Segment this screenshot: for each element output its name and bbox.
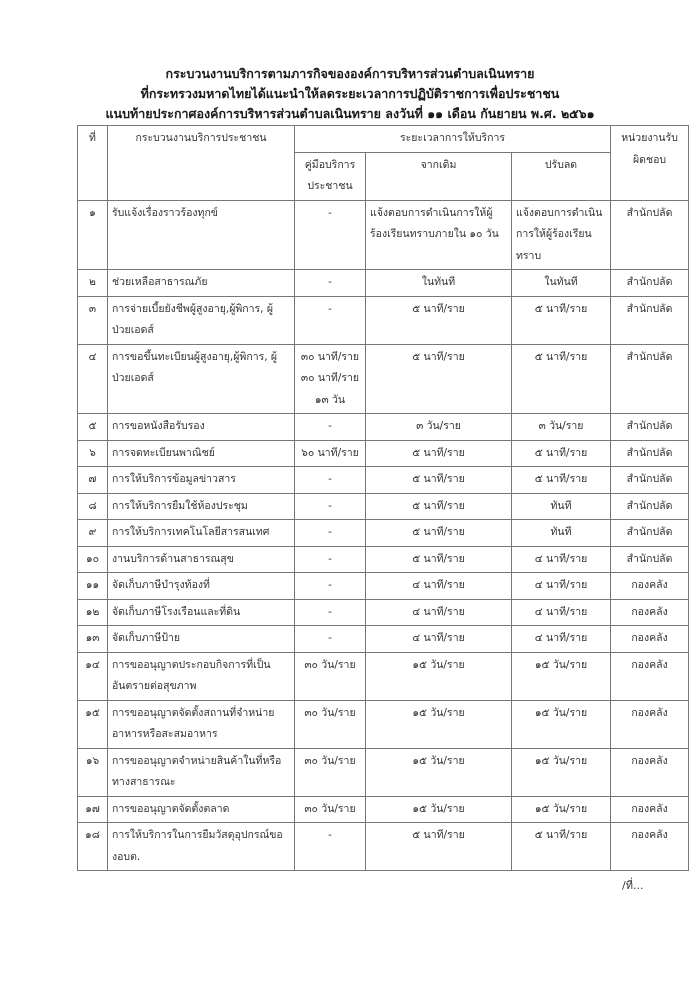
cell-process: จัดเก็บภาษีป้าย <box>108 626 295 653</box>
cell-manual: ๓๐ วัน/ราย <box>295 796 366 823</box>
cell-process: การขออนุญาตจำหน่ายสินค้าในที่หรือทางสาธา… <box>108 748 295 796</box>
cell-unit: สำนักปลัด <box>611 200 689 270</box>
cell-process: ช่วยเหลือสาธารณภัย <box>108 270 295 297</box>
cell-process: การขออนุญาตจัดตั้งสถานที่จำหน่ายอาหารหรื… <box>108 700 295 748</box>
cell-original: ๔ นาที/ราย <box>366 626 512 653</box>
cell-original: ๕ นาที/ราย <box>366 493 512 520</box>
cell-reduced: ๕ นาที/ราย <box>512 296 611 344</box>
cell-num: ๔ <box>78 344 108 414</box>
cell-reduced: ทันที <box>512 493 611 520</box>
cell-num: ๖ <box>78 440 108 467</box>
cell-unit: สำนักปลัด <box>611 467 689 494</box>
table-row: ๔การขอขึ้นทะเบียนผู้สูงอายุ,ผู้พิการ, ผู… <box>78 344 689 414</box>
cell-reduced: ๑๕ วัน/ราย <box>512 652 611 700</box>
cell-manual: ๓๐ วัน/ราย <box>295 700 366 748</box>
cell-reduced: ๕ นาที/ราย <box>512 344 611 414</box>
cell-num: ๑๗ <box>78 796 108 823</box>
cell-num: ๘ <box>78 493 108 520</box>
cell-unit: สำนักปลัด <box>611 344 689 414</box>
cell-manual: - <box>295 296 366 344</box>
cell-reduced: ในทันที <box>512 270 611 297</box>
cell-manual: ๓๐ วัน/ราย <box>295 652 366 700</box>
cell-manual: - <box>295 414 366 441</box>
cell-process: การขอขึ้นทะเบียนผู้สูงอายุ,ผู้พิการ, ผู้… <box>108 344 295 414</box>
cell-original: ๑๕ วัน/ราย <box>366 748 512 796</box>
cell-num: ๑๐ <box>78 546 108 573</box>
cell-num: ๙ <box>78 520 108 547</box>
cell-num: ๑ <box>78 200 108 270</box>
cell-unit: สำนักปลัด <box>611 493 689 520</box>
cell-manual: - <box>295 200 366 270</box>
cell-manual: - <box>295 626 366 653</box>
table-row: ๑๔การขออนุญาตประกอบกิจการที่เป็นอันตรายต… <box>78 652 689 700</box>
table-row: ๖การจดทะเบียนพาณิชย์๖๐ นาที/ราย๕ นาที/รา… <box>78 440 689 467</box>
cell-manual: - <box>295 520 366 547</box>
table-row: ๕การขอหนังสือรับรอง-๓ วัน/ราย๓ วัน/รายสำ… <box>78 414 689 441</box>
header-original: จากเดิม <box>366 152 512 200</box>
table-row: ๑๗การขออนุญาตจัดตั้งตลาด๓๐ วัน/ราย๑๕ วัน… <box>78 796 689 823</box>
cell-num: ๑๕ <box>78 700 108 748</box>
cell-process: การให้บริการในการยืมวัสดุอุปกรณ์ของอบต. <box>108 823 295 871</box>
cell-original: ในทันที <box>366 270 512 297</box>
cell-original: ๑๕ วัน/ราย <box>366 652 512 700</box>
cell-unit: กองคลัง <box>611 573 689 600</box>
cell-reduced: ๕ นาที/ราย <box>512 823 611 871</box>
cell-process: การให้บริการเทคโนโลยีสารสนเทศ <box>108 520 295 547</box>
header-unit: หน่วยงานรับผิดชอบ <box>611 126 689 201</box>
cell-manual: ๓๐ นาที/ราย ๓๐ นาที/ราย ๑๓ วัน <box>295 344 366 414</box>
cell-unit: กองคลัง <box>611 823 689 871</box>
cell-reduced: ๔ นาที/ราย <box>512 546 611 573</box>
cell-num: ๑๓ <box>78 626 108 653</box>
table-row: ๑รับแจ้งเรื่องราวร้องทุกข์-แจ้งตอบการดำเ… <box>78 200 689 270</box>
cell-manual: - <box>295 546 366 573</box>
cell-manual: ๓๐ วัน/ราย <box>295 748 366 796</box>
cell-process: การขออนุญาตประกอบกิจการที่เป็นอันตรายต่อ… <box>108 652 295 700</box>
cell-original: ๕ นาที/ราย <box>366 344 512 414</box>
cell-process: การให้บริการยืมใช้ห้องประชุม <box>108 493 295 520</box>
cell-original: ๕ นาที/ราย <box>366 546 512 573</box>
cell-process: การขออนุญาตจัดตั้งตลาด <box>108 796 295 823</box>
cell-process: จัดเก็บภาษีโรงเรือนและที่ดิน <box>108 599 295 626</box>
table-row: ๑๓จัดเก็บภาษีป้าย-๔ นาที/ราย๔ นาที/รายกอ… <box>78 626 689 653</box>
table-body: ๑รับแจ้งเรื่องราวร้องทุกข์-แจ้งตอบการดำเ… <box>78 200 689 871</box>
cell-manual: - <box>295 270 366 297</box>
cell-reduced: ๕ นาที/ราย <box>512 440 611 467</box>
cell-manual: ๖๐ นาที/ราย <box>295 440 366 467</box>
cell-num: ๑๘ <box>78 823 108 871</box>
cell-reduced: ๑๕ วัน/ราย <box>512 748 611 796</box>
cell-manual: - <box>295 493 366 520</box>
service-duration-table: ที่ กระบวนงานบริการประชาชน ระยะเวลาการให… <box>77 125 689 871</box>
document-title-line-3: แนบท้ายประกาศองค์การบริหารส่วนตำบลเนินทร… <box>0 104 700 124</box>
header-manual: คู่มือบริการประชาชน <box>295 152 366 200</box>
cell-process: การให้บริการข้อมูลข่าวสาร <box>108 467 295 494</box>
cell-process: รับแจ้งเรื่องราวร้องทุกข์ <box>108 200 295 270</box>
cell-reduced: แจ้งตอบการดำเนินการให้ผู้ร้องเรียนทราบ <box>512 200 611 270</box>
cell-unit: กองคลัง <box>611 652 689 700</box>
cell-process: การขอหนังสือรับรอง <box>108 414 295 441</box>
table-row: ๓การจ่ายเบี้ยยังชีพผู้สูงอายุ,ผู้พิการ, … <box>78 296 689 344</box>
table-row: ๑๐งานบริการด้านสาธารณสุข-๕ นาที/ราย๔ นาท… <box>78 546 689 573</box>
cell-num: ๕ <box>78 414 108 441</box>
header-duration-group: ระยะเวลาการให้บริการ <box>295 126 611 153</box>
cell-manual: - <box>295 573 366 600</box>
cell-original: ๔ นาที/ราย <box>366 599 512 626</box>
table-row: ๒ช่วยเหลือสาธารณภัย-ในทันทีในทันทีสำนักป… <box>78 270 689 297</box>
cell-original: แจ้งตอบการดำเนินการให้ผู้ร้องเรียนทราบภา… <box>366 200 512 270</box>
table-row: ๙การให้บริการเทคโนโลยีสารสนเทศ-๕ นาที/รา… <box>78 520 689 547</box>
table-row: ๑๑จัดเก็บภาษีบำรุงท้องที่-๔ นาที/ราย๔ นา… <box>78 573 689 600</box>
cell-unit: กองคลัง <box>611 599 689 626</box>
cell-original: ๓ วัน/ราย <box>366 414 512 441</box>
cell-reduced: ทันที <box>512 520 611 547</box>
cell-unit: สำนักปลัด <box>611 546 689 573</box>
cell-unit: กองคลัง <box>611 748 689 796</box>
table-row: ๑๖การขออนุญาตจำหน่ายสินค้าในที่หรือทางสา… <box>78 748 689 796</box>
cell-num: ๓ <box>78 296 108 344</box>
header-reduced: ปรับลด <box>512 152 611 200</box>
cell-process: การจ่ายเบี้ยยังชีพผู้สูงอายุ,ผู้พิการ, ผ… <box>108 296 295 344</box>
cell-unit: สำนักปลัด <box>611 296 689 344</box>
table-row: ๑๘การให้บริการในการยืมวัสดุอุปกรณ์ของอบต… <box>78 823 689 871</box>
cell-num: ๒ <box>78 270 108 297</box>
cell-reduced: ๔ นาที/ราย <box>512 599 611 626</box>
cell-process: จัดเก็บภาษีบำรุงท้องที่ <box>108 573 295 600</box>
cell-original: ๕ นาที/ราย <box>366 520 512 547</box>
document-title-line-2: ที่กระทรวงมหาดไทยได้แนะนำให้ลดระยะเวลากา… <box>0 84 700 104</box>
cell-process: การจดทะเบียนพาณิชย์ <box>108 440 295 467</box>
cell-original: ๕ นาที/ราย <box>366 440 512 467</box>
cell-original: ๑๕ วัน/ราย <box>366 700 512 748</box>
cell-reduced: ๓ วัน/ราย <box>512 414 611 441</box>
table-row: ๘การให้บริการยืมใช้ห้องประชุม-๕ นาที/ราย… <box>78 493 689 520</box>
cell-num: ๑๑ <box>78 573 108 600</box>
cell-num: ๑๔ <box>78 652 108 700</box>
cell-num: ๑๒ <box>78 599 108 626</box>
page-continuation: /ที่... <box>622 876 643 894</box>
header-num: ที่ <box>78 126 108 201</box>
cell-manual: - <box>295 467 366 494</box>
cell-unit: กองคลัง <box>611 796 689 823</box>
cell-reduced: ๑๕ วัน/ราย <box>512 700 611 748</box>
cell-original: ๕ นาที/ราย <box>366 296 512 344</box>
table-row: ๑๒จัดเก็บภาษีโรงเรือนและที่ดิน-๔ นาที/รา… <box>78 599 689 626</box>
cell-process: งานบริการด้านสาธารณสุข <box>108 546 295 573</box>
cell-manual: - <box>295 823 366 871</box>
cell-original: ๑๕ วัน/ราย <box>366 796 512 823</box>
cell-original: ๔ นาที/ราย <box>366 573 512 600</box>
document-title-line-1: กระบวนงานบริการตามภารกิจขององค์การบริหาร… <box>0 64 700 84</box>
cell-unit: สำนักปลัด <box>611 520 689 547</box>
cell-reduced: ๑๕ วัน/ราย <box>512 796 611 823</box>
cell-reduced: ๔ นาที/ราย <box>512 573 611 600</box>
table-row: ๑๕การขออนุญาตจัดตั้งสถานที่จำหน่ายอาหารห… <box>78 700 689 748</box>
table-row: ๗การให้บริการข้อมูลข่าวสาร-๕ นาที/ราย๕ น… <box>78 467 689 494</box>
cell-num: ๗ <box>78 467 108 494</box>
cell-unit: สำนักปลัด <box>611 414 689 441</box>
cell-unit: กองคลัง <box>611 626 689 653</box>
cell-unit: กองคลัง <box>611 700 689 748</box>
cell-reduced: ๔ นาที/ราย <box>512 626 611 653</box>
cell-num: ๑๖ <box>78 748 108 796</box>
cell-unit: สำนักปลัด <box>611 440 689 467</box>
cell-unit: สำนักปลัด <box>611 270 689 297</box>
header-process: กระบวนงานบริการประชาชน <box>108 126 295 201</box>
cell-manual: - <box>295 599 366 626</box>
cell-original: ๕ นาที/ราย <box>366 467 512 494</box>
cell-reduced: ๕ นาที/ราย <box>512 467 611 494</box>
cell-original: ๕ นาที/ราย <box>366 823 512 871</box>
